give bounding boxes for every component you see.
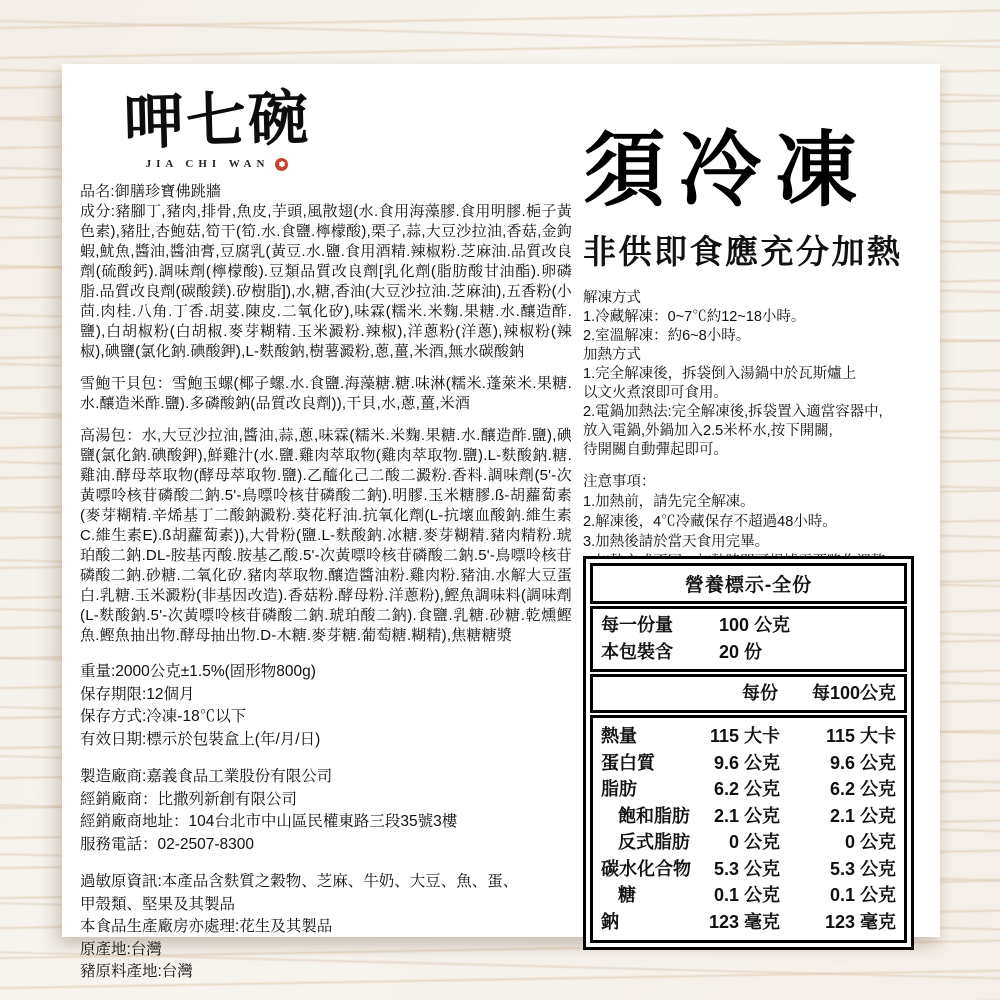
brand-logo-calligraphy: 呷七碗 <box>101 85 333 157</box>
per-100g-value: 0.1 公克 <box>780 882 896 909</box>
heat-before-eating-subheadline: 非供即食應充分加熱 <box>583 226 931 273</box>
allergen-info: 過敏原資訊:本產品含麩質之穀物、芝麻、牛奶、大豆、魚、蛋、 甲殼類、堅果及其製品 <box>80 871 572 916</box>
product-name: 品名:御膳珍寶佛跳牆 <box>80 182 572 202</box>
nutrition-row: 蛋白質9.6 公克9.6 公克 <box>601 750 896 777</box>
nutrition-row: 反式脂肪0 公克0 公克 <box>601 829 896 856</box>
keep-frozen-headline: 須冷凍 <box>583 130 931 212</box>
heat-title: 加熱方式 <box>583 346 931 365</box>
scallop-pack-ingredients: 雪鮑干貝包：雪鮑玉螺(椰子螺.水.食鹽.海藻糖.糖.味淋(糯米.蓬萊米.果糖.水… <box>80 374 572 414</box>
storage-method: 保存方式:冷凍-18℃以下 <box>80 706 572 729</box>
thaw-steps: 1.冷藏解凍：0~7℃約12~18小時。 2.室溫解凍：約6~8小時。 <box>583 308 931 346</box>
expiry-date-note: 有效日期:標示於包裝盒上(年/月/日) <box>80 729 572 752</box>
thaw-title: 解凍方式 <box>583 289 931 308</box>
nutrient-label: 飽和脂肪 <box>601 803 692 830</box>
nutrient-label: 脂肪 <box>601 776 692 803</box>
right-column: 須冷凍 非供即食應充分加熱 解凍方式 1.冷藏解凍：0~7℃約12~18小時。 … <box>583 130 931 572</box>
per-serving-value: 2.1 公克 <box>692 803 780 830</box>
nutrition-row: 碳水化合物5.3 公克5.3 公克 <box>601 856 896 883</box>
nutrition-row: 糖0.1 公克0.1 公克 <box>601 882 896 909</box>
nutrition-facts-table: 營養標示-全份 每一份量 100 公克 本包裝含 20 份 每份 每100公克 … <box>583 556 914 950</box>
thaw-heat-instructions: 解凍方式 1.冷藏解凍：0~7℃約12~18小時。 2.室溫解凍：約6~8小時。… <box>583 289 931 460</box>
nutrition-column-headers: 每份 每100公克 <box>590 674 907 713</box>
serving-size-label: 每一份量 <box>601 612 701 639</box>
left-column: 品名:御膳珍寶佛跳牆 成分:豬腳丁,豬肉,排骨,魚皮,芋頭,風散翅(水.食用海藻… <box>80 182 572 984</box>
weight-storage-block: 重量:2000公克±1.5%(固形物800g) 保存期限:12個月 保存方式:冷… <box>80 661 572 751</box>
nutrient-label: 碳水化合物 <box>601 856 692 883</box>
distributor: 經銷廠商：比撒列新創有限公司 <box>80 789 572 812</box>
serving-size-row: 每一份量 100 公克 <box>601 612 896 639</box>
per-serving-value: 115 大卡 <box>692 723 780 750</box>
notes-title: 注意事項： <box>583 472 931 492</box>
per-100g-value: 5.3 公克 <box>780 856 896 883</box>
country-of-origin: 原產地:台灣 <box>80 939 572 962</box>
ingredients-text: 成分:豬腳丁,豬肉,排骨,魚皮,芋頭,風散翅(水.食用海藻膠.食用明膠.梔子黃色… <box>80 202 572 362</box>
nutrition-row: 熱量115 大卡115 大卡 <box>601 723 896 750</box>
nutrition-row: 鈉123 毫克123 毫克 <box>601 909 896 936</box>
per-serving-value: 6.2 公克 <box>692 776 780 803</box>
net-weight: 重量:2000公克±1.5%(固形物800g) <box>80 661 572 684</box>
brand-logo-romanized: JIA CHI WAN ✽ <box>146 158 289 171</box>
nutrition-serving-section: 每一份量 100 公克 本包裝含 20 份 <box>590 606 907 672</box>
servings-per-pack-label: 本包裝含 <box>601 639 701 666</box>
per-serving-value: 123 毫克 <box>692 909 780 936</box>
allergen-block: 過敏原資訊:本產品含麩質之穀物、芝麻、牛奶、大豆、魚、蛋、 甲殼類、堅果及其製品… <box>80 871 572 984</box>
heat-steps: 1.完全解凍後，拆袋倒入湯鍋中於瓦斯爐上 以文火煮滾即可食用。 2.電鍋加熱法:… <box>583 365 931 460</box>
service-phone: 服務電話：02-2507-8300 <box>80 834 572 857</box>
product-name-and-ingredients: 品名:御膳珍寶佛跳牆 成分:豬腳丁,豬肉,排骨,魚皮,芋頭,風散翅(水.食用海藻… <box>80 182 572 362</box>
per-100g-value: 115 大卡 <box>780 723 896 750</box>
factory-handling-note: 本食品生產廠房亦處理:花生及其製品 <box>80 916 572 939</box>
brand-logo: 呷七碗 JIA CHI WAN ✽ <box>102 88 332 172</box>
serving-size-value: 100 公克 <box>701 612 896 639</box>
per-serving-value: 0.1 公克 <box>692 882 780 909</box>
per-serving-value: 5.3 公克 <box>692 856 780 883</box>
nutrient-label: 熱量 <box>601 723 692 750</box>
nutrient-label: 糖 <box>601 882 692 909</box>
brand-logo-romanized-text: JIA CHI WAN <box>146 158 270 170</box>
per-100g-value: 0 公克 <box>780 829 896 856</box>
distributor-address: 經銷廠商地址：104台北市中山區民權東路三段35號3樓 <box>80 811 572 834</box>
manufacturer: 製造廠商:嘉義食品工業股份有限公司 <box>80 766 572 789</box>
product-label-card: 呷七碗 JIA CHI WAN ✽ 品名:御膳珍寶佛跳牆 成分:豬腳丁,豬肉,排… <box>62 64 940 937</box>
per-100g-value: 123 毫克 <box>780 909 896 936</box>
shelf-life: 保存期限:12個月 <box>80 684 572 707</box>
spacer <box>601 680 692 707</box>
nutrient-label: 反式脂肪 <box>601 829 692 856</box>
servings-per-pack-value: 20 份 <box>701 639 896 666</box>
per-100g-column-header: 每100公克 <box>778 680 896 707</box>
per-100g-value: 2.1 公克 <box>780 803 896 830</box>
per-100g-value: 6.2 公克 <box>780 776 896 803</box>
per-serving-value: 9.6 公克 <box>692 750 780 777</box>
broth-pack-ingredients: 高湯包：水,大豆沙拉油,醬油,蒜,蔥,味霖(糯米.米麴.果糖.水.釀造酢.鹽),… <box>80 426 572 646</box>
nutrition-row: 飽和脂肪2.1 公克2.1 公克 <box>601 803 896 830</box>
per-serving-column-header: 每份 <box>692 680 778 707</box>
nutrition-rows: 熱量115 大卡115 大卡蛋白質9.6 公克9.6 公克脂肪6.2 公克6.2… <box>590 715 907 943</box>
brand-seal-icon: ✽ <box>275 158 288 171</box>
servings-per-pack-row: 本包裝含 20 份 <box>601 639 896 666</box>
per-100g-value: 9.6 公克 <box>780 750 896 777</box>
nutrient-label: 蛋白質 <box>601 750 692 777</box>
manufacturer-block: 製造廠商:嘉義食品工業股份有限公司 經銷廠商：比撒列新創有限公司 經銷廠商地址：… <box>80 766 572 856</box>
nutrient-label: 鈉 <box>601 909 692 936</box>
nutrition-title: 營養標示-全份 <box>590 563 907 604</box>
pork-origin: 豬原料產地:台灣 <box>80 961 572 984</box>
per-serving-value: 0 公克 <box>692 829 780 856</box>
nutrition-row: 脂肪6.2 公克6.2 公克 <box>601 776 896 803</box>
